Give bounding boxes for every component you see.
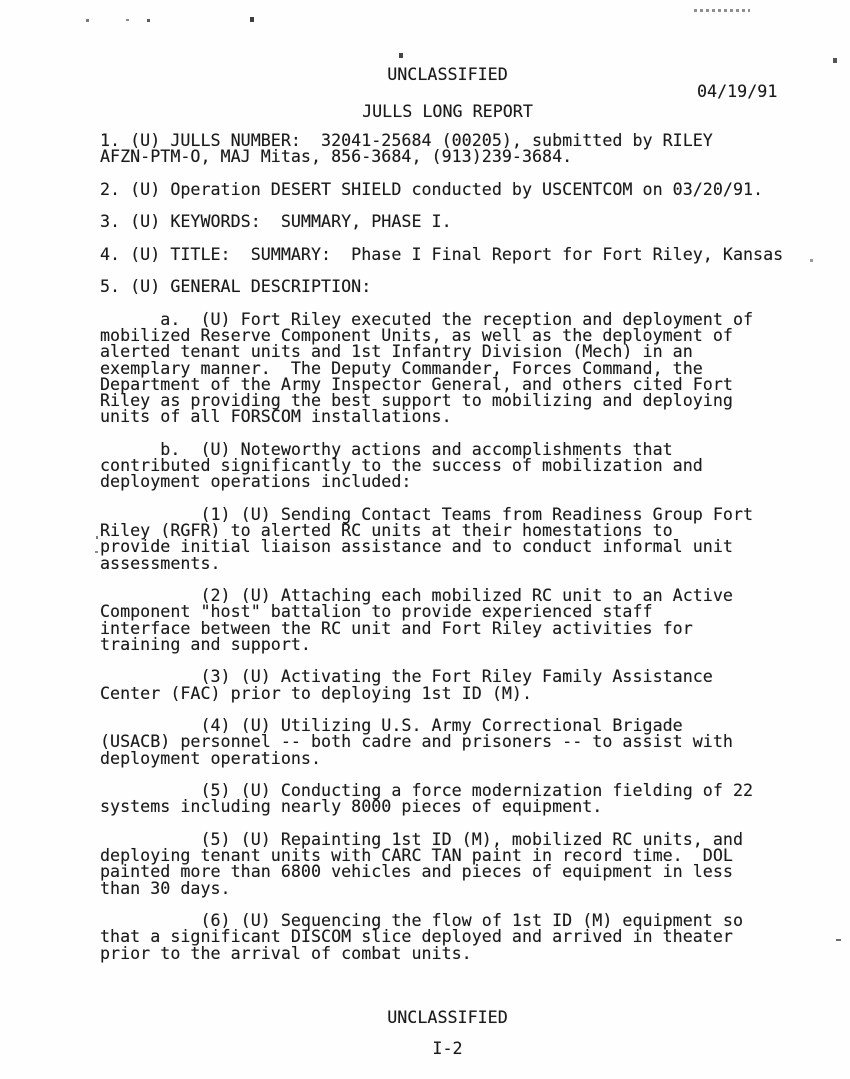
paragraph: (1) (U) Sending Contact Teams from Readi… (100, 506, 820, 571)
scan-artifact (86, 19, 89, 22)
text-line: 2. (U) Operation DESERT SHIELD conducted… (100, 181, 820, 197)
report-title: JULLS LONG REPORT (100, 103, 795, 119)
page-number: I-2 (100, 1040, 795, 1056)
paragraph: 2. (U) Operation DESERT SHIELD conducted… (100, 181, 820, 197)
scan-artifact (126, 19, 129, 21)
scan-artifact (399, 53, 403, 58)
header-classification-label: UNCLASSIFIED (100, 66, 795, 82)
footer-classification-label: UNCLASSIFIED (100, 1009, 795, 1025)
paragraph: (5) (U) Conducting a force modernization… (100, 782, 820, 815)
scan-artifact (694, 9, 750, 12)
paragraph: (4) (U) Utilizing U.S. Army Correctional… (100, 717, 820, 766)
text-line: deployment operations included: (100, 473, 820, 489)
scan-artifact (96, 536, 98, 539)
text-line: AFZN-PTM-O, MAJ Mitas, 856-3684, (913)23… (100, 148, 820, 164)
scan-artifact (250, 17, 254, 22)
paragraph: (3) (U) Activating the Fort Riley Family… (100, 668, 820, 701)
text-line: training and support. (100, 636, 820, 652)
text-line: Center (FAC) prior to deploying 1st ID (… (100, 685, 820, 701)
paragraph: (6) (U) Sequencing the flow of 1st ID (M… (100, 912, 820, 961)
text-line: 5. (U) GENERAL DESCRIPTION: (100, 278, 820, 294)
text-line: assessments. (100, 555, 820, 571)
document-page: UNCLASSIFIED 04/19/91 JULLS LONG REPORT … (0, 0, 850, 1079)
paragraph: 1. (U) JULLS NUMBER: 32041-25684 (00205)… (100, 132, 820, 165)
text-line: than 30 days. (100, 880, 820, 896)
document-body: 1. (U) JULLS NUMBER: 32041-25684 (00205)… (100, 132, 820, 961)
text-line: units of all FORSCOM installations. (100, 408, 820, 424)
paragraph: (2) (U) Attaching each mobilized RC unit… (100, 587, 820, 652)
scan-artifact (95, 551, 98, 553)
text-line: prior to the arrival of combat units. (100, 945, 820, 961)
scan-artifact (833, 58, 837, 63)
paragraph: b. (U) Noteworthy actions and accomplish… (100, 441, 820, 490)
paragraph: 3. (U) KEYWORDS: SUMMARY, PHASE I. (100, 213, 820, 229)
report-date: 04/19/91 (697, 83, 777, 99)
text-line: 3. (U) KEYWORDS: SUMMARY, PHASE I. (100, 213, 820, 229)
paragraph: (5) (U) Repainting 1st ID (M), mobilized… (100, 831, 820, 896)
paragraph: 5. (U) GENERAL DESCRIPTION: (100, 278, 820, 294)
text-line: deployment operations. (100, 750, 820, 766)
paragraph: 4. (U) TITLE: SUMMARY: Phase I Final Rep… (100, 246, 820, 262)
scan-artifact (836, 939, 841, 941)
text-line: 4. (U) TITLE: SUMMARY: Phase I Final Rep… (100, 246, 820, 262)
text-line: systems including nearly 8000 pieces of … (100, 798, 820, 814)
paragraph: a. (U) Fort Riley executed the reception… (100, 311, 820, 425)
scan-artifact (147, 19, 150, 22)
